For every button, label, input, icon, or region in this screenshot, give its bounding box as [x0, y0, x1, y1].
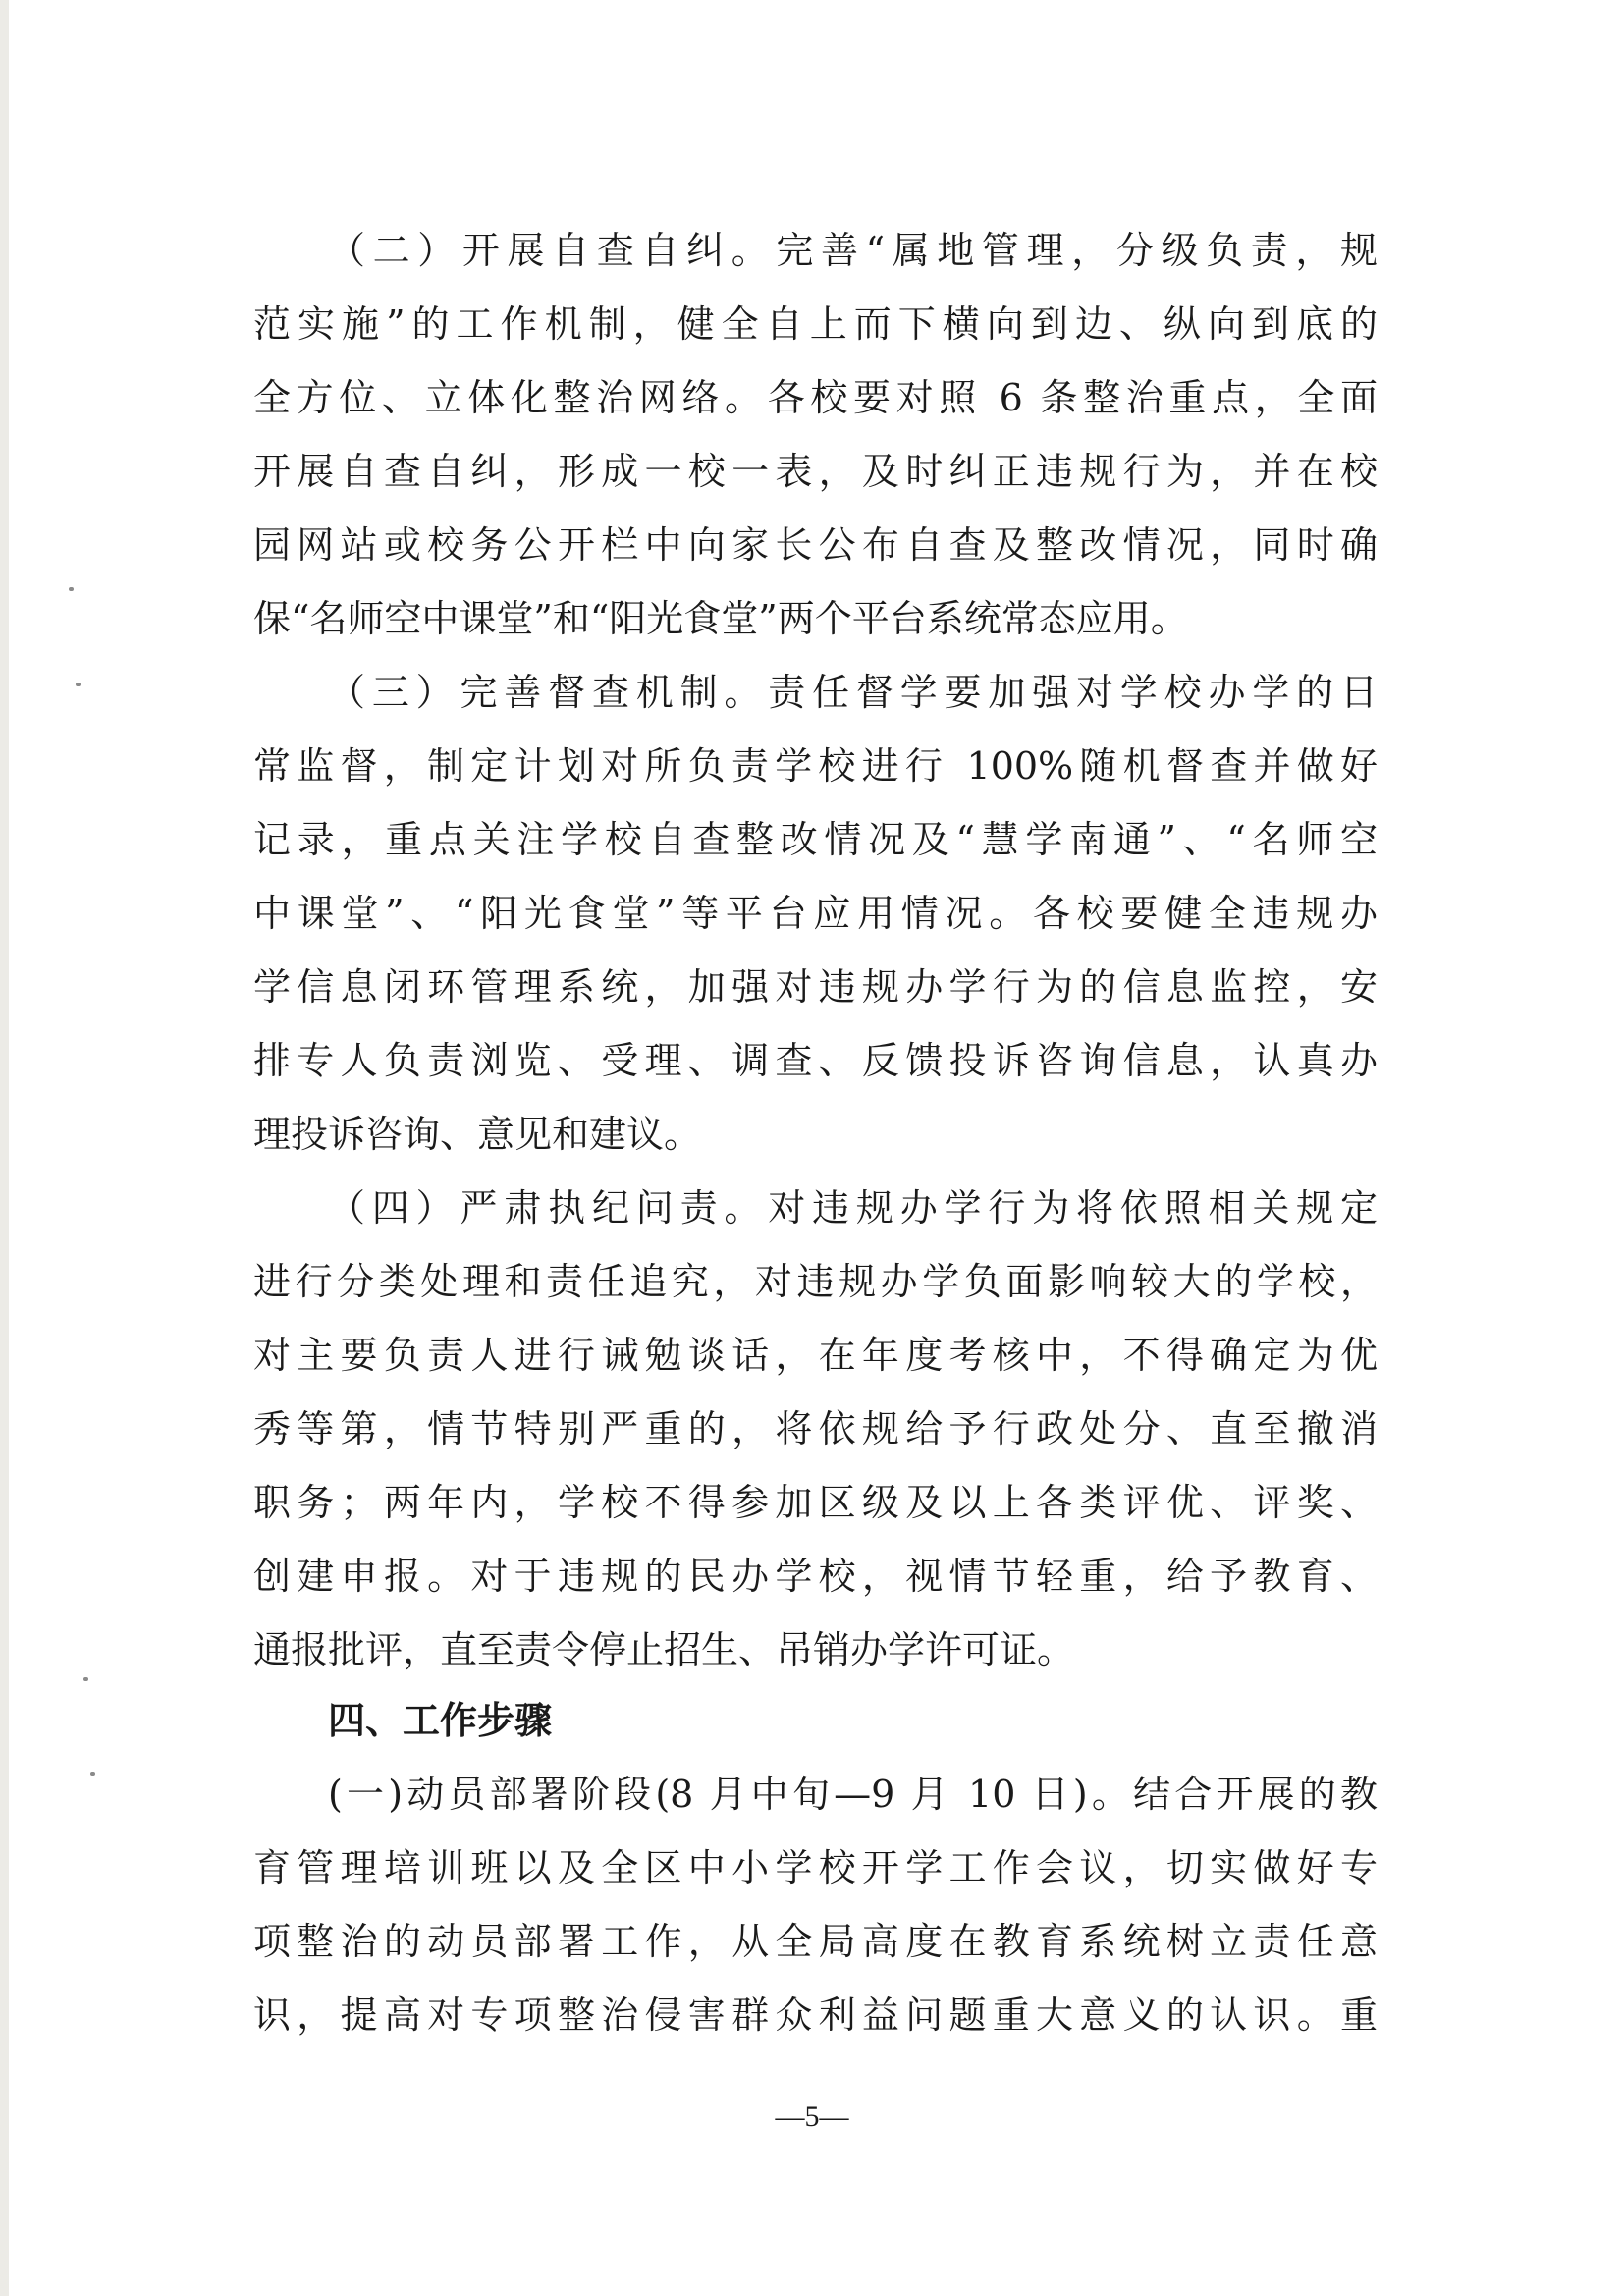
scan-speck-mark	[90, 1772, 95, 1776]
paragraph-3-line-4: 中课堂”、“阳光食堂”等平台应用情况。各校要健全违规办	[253, 884, 1378, 943]
page-number: —5—	[0, 2098, 1624, 2137]
section-heading-work-steps: 四、工作步骤	[328, 1691, 552, 1750]
step-1-line-3: 项整治的动员部署工作，从全局高度在教育系统树立责任意	[253, 1912, 1378, 1971]
paragraph-3-line-1: （三）完善督查机制。责任督学要加强对学校办学的日	[328, 663, 1378, 722]
step-1-line-4: 识，提高对专项整治侵害群众利益问题重大意义的认识。重	[253, 1986, 1378, 2045]
paragraph-4-line-2: 进行分类处理和责任追究，对违规办学负面影响较大的学校，	[253, 1252, 1378, 1311]
scan-speck-mark	[69, 587, 74, 591]
paragraph-3-line-2: 常监督，制定计划对所负责学校进行 100%随机督查并做好	[253, 737, 1378, 795]
paragraph-3-line-5: 学信息闭环管理系统，加强对违规办学行为的信息监控，安	[253, 957, 1378, 1016]
paragraph-4-line-1: （四）严肃执纪问责。对违规办学行为将依照相关规定	[328, 1178, 1378, 1237]
paragraph-2-line-5: 园网站或校务公开栏中向家长公布自查及整改情况，同时确	[253, 516, 1378, 574]
paragraph-2-line-1: （二）开展自查自纠。完善“属地管理，分级负责，规	[328, 221, 1378, 280]
paragraph-4-line-4: 秀等第，情节特别严重的，将依规给予行政处分、直至撤消	[253, 1399, 1378, 1458]
paragraph-3-line-7: 理投诉咨询、意见和建议。	[253, 1105, 1378, 1164]
paragraph-4-line-6: 创建申报。对于违规的民办学校，视情节轻重，给予教育、	[253, 1547, 1378, 1606]
paragraph-3-line-3: 记录，重点关注学校自查整改情况及“慧学南通”、“名师空	[253, 810, 1378, 869]
paragraph-2-line-2: 范实施”的工作机制，健全自上而下横向到边、纵向到底的	[253, 295, 1378, 354]
paragraph-3-line-6: 排专人负责浏览、受理、调查、反馈投诉咨询信息，认真办	[253, 1031, 1378, 1090]
paragraph-4-line-7: 通报批评，直至责令停止招生、吊销办学许可证。	[253, 1620, 1378, 1679]
scan-speck-mark	[76, 683, 81, 686]
step-1-line-1: (一)动员部署阶段(8 月中旬—9 月 10 日)。结合开展的教	[328, 1765, 1378, 1824]
paragraph-4-line-3: 对主要负责人进行诫勉谈话，在年度考核中，不得确定为优	[253, 1326, 1378, 1385]
paragraph-2-line-3: 全方位、立体化整治网络。各校要对照 6 条整治重点，全面	[253, 368, 1378, 427]
paragraph-4-line-5: 职务；两年内，学校不得参加区级及以上各类评优、评奖、	[253, 1473, 1378, 1532]
scan-speck-mark	[83, 1677, 88, 1681]
step-1-line-2: 育管理培训班以及全区中小学校开学工作会议，切实做好专	[253, 1838, 1378, 1897]
document-page: （二）开展自查自纠。完善“属地管理，分级负责，规 范实施”的工作机制，健全自上而…	[0, 0, 1624, 2296]
paragraph-2-line-6: 保“名师空中课堂”和“阳光食堂”两个平台系统常态应用。	[253, 589, 1378, 648]
paragraph-2-line-4: 开展自查自纠，形成一校一表，及时纠正违规行为，并在校	[253, 442, 1378, 501]
